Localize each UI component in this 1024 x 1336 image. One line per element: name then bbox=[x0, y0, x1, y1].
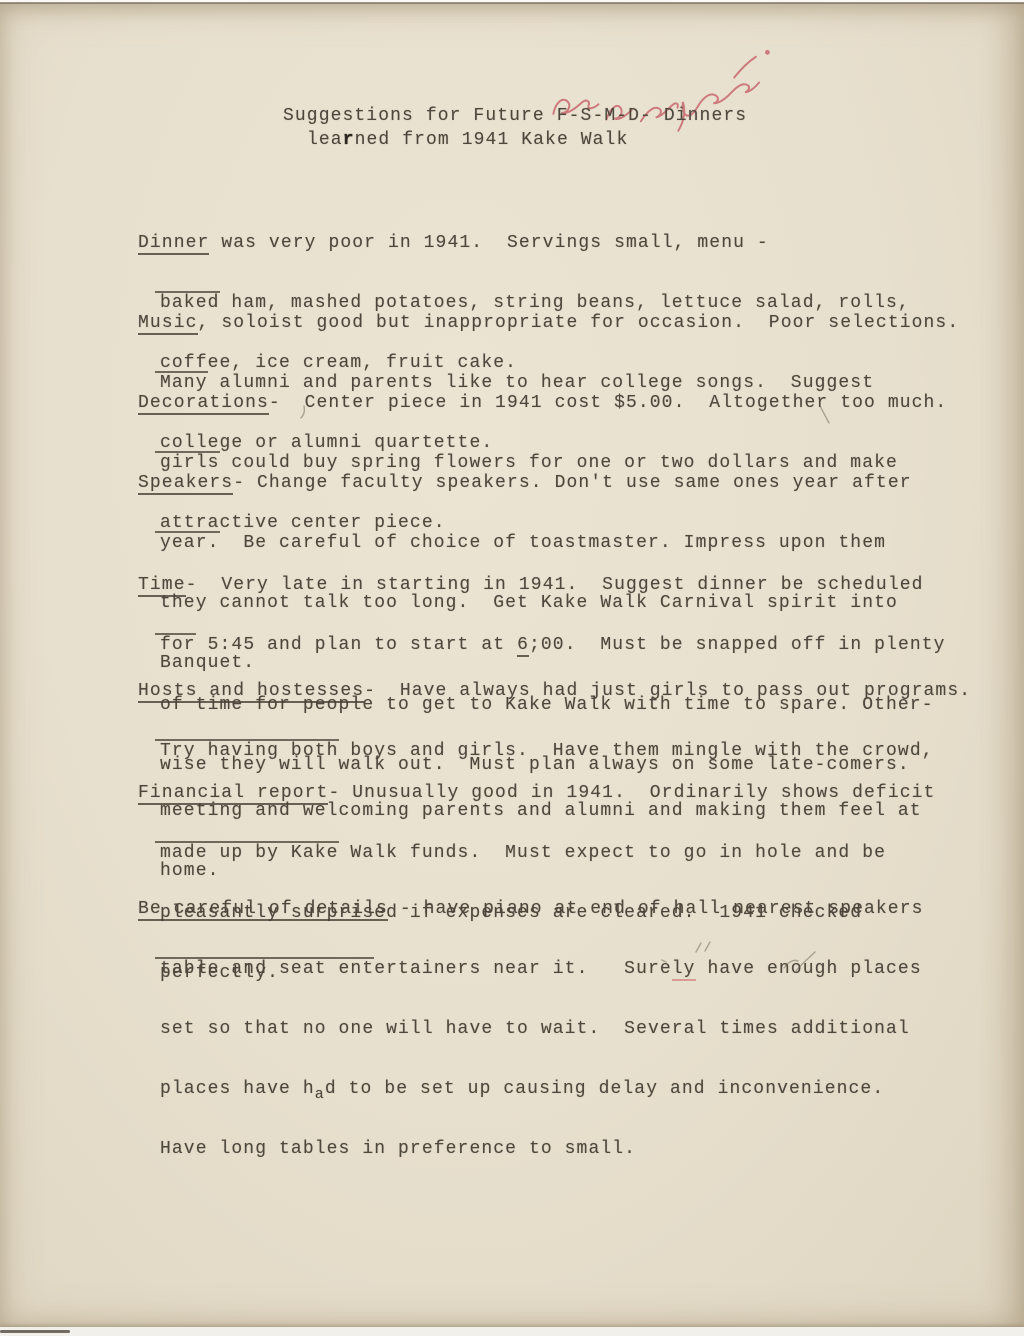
pencil-comma-mark bbox=[294, 400, 324, 424]
line-text: Have long tables in preference to small. bbox=[160, 1139, 636, 1159]
scan-bottom-shadow bbox=[0, 1330, 70, 1333]
section-heading: Time bbox=[138, 575, 186, 597]
pencil-marks bbox=[650, 938, 850, 982]
text-line: Hosts and hostesses- Have always had jus… bbox=[138, 681, 971, 701]
heading-rest: - have piano at end of hall nearest spea… bbox=[388, 899, 924, 919]
text-line: Be careful of details - have piano at en… bbox=[138, 899, 924, 919]
text-line: Dinner was very poor in 1941. Servings s… bbox=[138, 233, 910, 253]
text-line: places have had to be set up causing del… bbox=[160, 1079, 924, 1099]
overstruck-letter: r bbox=[343, 130, 355, 150]
section-heading: Financial report bbox=[138, 783, 328, 805]
line-text: d to be set up causing delay and inconve… bbox=[325, 1079, 884, 1099]
line-text: ertainers near it. Sure bbox=[374, 959, 672, 979]
line-text: set so that no one will have to wait. Se… bbox=[160, 1019, 910, 1039]
text-line: Music, soloist good but inappropriate fo… bbox=[138, 313, 959, 333]
text-line: Time- Very late in starting in 1941. Sug… bbox=[138, 575, 946, 595]
dropped-letter: a bbox=[315, 1085, 325, 1105]
line-text: places have h bbox=[160, 1079, 315, 1099]
text-line: Have long tables in preference to small. bbox=[160, 1139, 924, 1159]
heading-rest: - Have always had just girls to pass out… bbox=[364, 681, 971, 701]
section-heading: Dinner bbox=[138, 233, 209, 255]
title-line2-post: ned from 1941 Kake Walk bbox=[355, 130, 629, 150]
document-subtitle: learned from 1941 Kake Walk bbox=[307, 130, 628, 150]
heading-rest: - Change faculty speakers. Don't use sam… bbox=[233, 473, 911, 493]
heading-rest: , soloist good but inappropriate for occ… bbox=[198, 313, 960, 333]
pencil-slash-mark bbox=[812, 402, 838, 428]
section-heading: Hosts and hostesses bbox=[138, 681, 364, 703]
title-line1: Suggestions for Future F-S-M-D- Dinners bbox=[283, 106, 747, 126]
section-heading: Music bbox=[138, 313, 198, 335]
section-heading: Decorations bbox=[138, 393, 269, 415]
heading-rest: - Very late in starting in 1941. Suggest… bbox=[186, 575, 924, 595]
document-title: Suggestions for Future F-S-M-D- Dinners bbox=[283, 106, 747, 126]
heading-rest: - Center piece in 1941 cost $5.00. Altog… bbox=[269, 393, 947, 413]
heading-rest: - Unusually good in 1941. Ordinarily sho… bbox=[328, 783, 935, 803]
heading-rest: was very poor in 1941. Servings small, m… bbox=[209, 233, 768, 253]
text-line: Financial report- Unusually good in 1941… bbox=[138, 783, 935, 803]
scan-top-shadow bbox=[0, 2, 1024, 4]
title-line2-pre: lea bbox=[307, 130, 343, 150]
paragraph-details: Be careful of details - have piano at en… bbox=[138, 859, 924, 1179]
text-line: set so that no one will have to wait. Se… bbox=[160, 1019, 924, 1039]
section-heading: Speakers bbox=[138, 473, 233, 495]
overlined-word: table and seat ent bbox=[155, 957, 374, 979]
scan-bottom-edge bbox=[0, 1327, 1024, 1336]
section-heading: Be careful of details bbox=[138, 899, 388, 921]
scanned-document: { "colors": { "paper": "#e8e0ce", "ink":… bbox=[0, 0, 1024, 1336]
text-line: Speakers- Change faculty speakers. Don't… bbox=[138, 473, 912, 493]
